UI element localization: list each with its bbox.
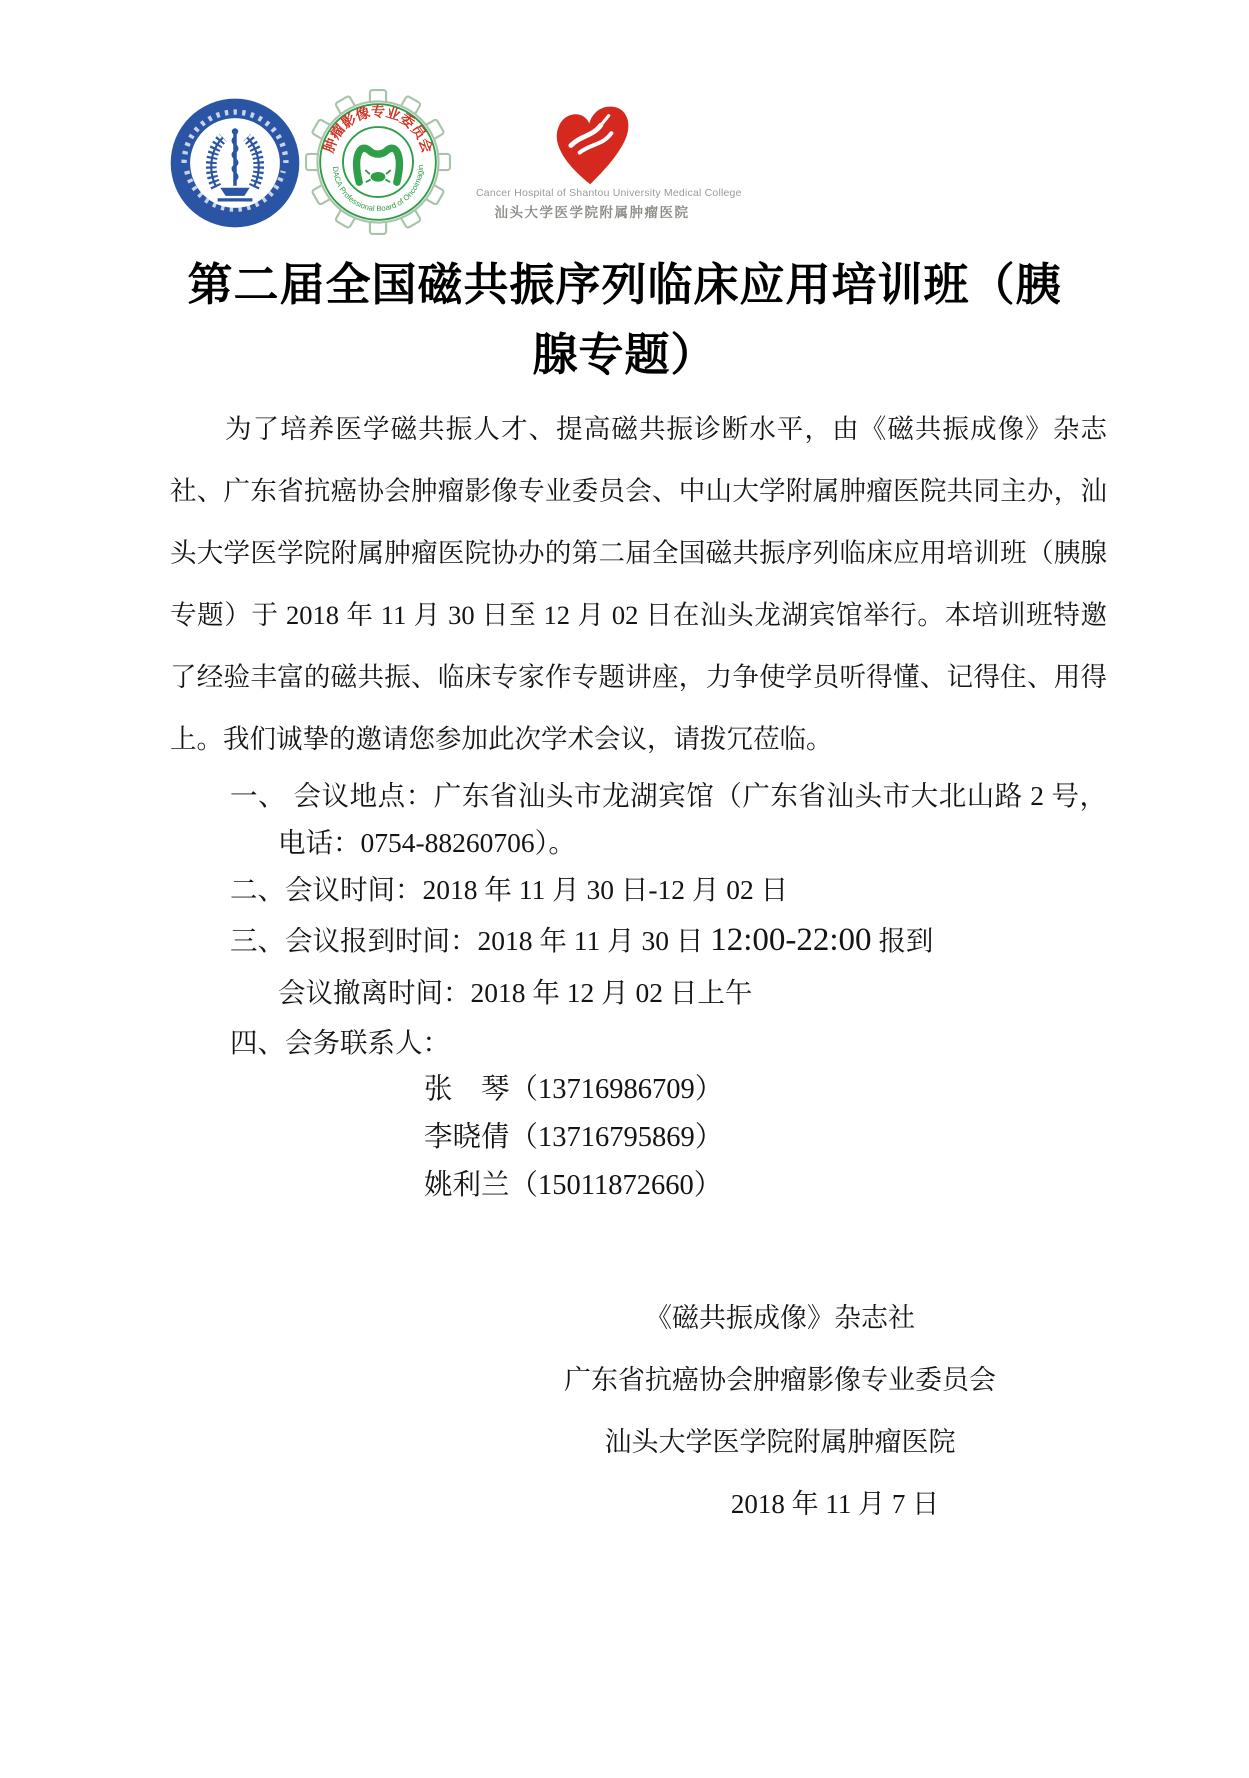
oncoimaging-committee-gear-icon: 肿瘤影像专业委员会 GDACA Professional Board of On… <box>304 88 452 236</box>
document-page: 肿瘤影像专业委员会 GDACA Professional Board of On… <box>0 0 1249 1778</box>
venue-item-line-1: 一、 会议地点：广东省汕头市龙湖宾馆（广东省汕头市大北山路 2 号， <box>230 772 1107 819</box>
title-line-2: 腺专题） <box>157 320 1092 390</box>
hospital-caption-zh: 汕头大学医学院附属肿瘤医院 <box>476 201 708 221</box>
contact-row: 张 琴（13716986709） <box>424 1066 723 1114</box>
checkin-time-item: 三、会议报到时间：2018 年 11 月 30 日 12:00-22:00 报到 <box>230 913 1107 968</box>
checkin-suffix: 报到 <box>872 925 934 956</box>
paragraph-line: 头大学医学院附属肿瘤医院协办的第二届全国磁共振序列临床应用培训班（胰腺 <box>170 522 1107 584</box>
paragraph-line: 社、广东省抗癌协会肿瘤影像专业委员会、中山大学附属肿瘤医院共同主办，汕 <box>170 460 1107 522</box>
paragraph-line: 为了培养医学磁共振人才、提高磁共振诊断水平，由《磁共振成像》杂志 <box>170 398 1107 460</box>
signature-org-committee: 广东省抗癌协会肿瘤影像专业委员会 <box>470 1349 1090 1411</box>
contact-row: 姚利兰（15011872660） <box>424 1162 723 1210</box>
checkout-time-line: 会议撤离时间：2018 年 12 月 02 日上午 <box>278 968 1107 1018</box>
meeting-time-item: 二、会议时间：2018 年 11 月 30 日-12 月 02 日 <box>230 866 1107 913</box>
heart-dove-icon <box>536 98 648 186</box>
paragraph-line: 了经验丰富的磁共振、临床专家作专题讲座，力争使学员听得懂、记得住、用得 <box>170 646 1107 708</box>
hospital-caption-en: Cancer Hospital of Shantou University Me… <box>476 187 708 199</box>
checkin-time-range: 12:00-22:00 <box>710 922 871 958</box>
signature-org-journal: 《磁共振成像》杂志社 <box>470 1287 1090 1349</box>
hospital-logo-block: Cancer Hospital of Shantou University Me… <box>476 98 708 221</box>
paragraph-line: 上。我们诚挚的邀请您参加此次学术会议，请拨冗莅临。 <box>170 708 1107 770</box>
signature-date: 2018 年 11 月 7 日 <box>525 1473 1145 1535</box>
contact-row: 李晓倩（13716795869） <box>424 1114 723 1162</box>
document-title: 第二届全国磁共振序列临床应用培训班（胰 腺专题） <box>157 250 1092 390</box>
signature-block: 《磁共振成像》杂志社 广东省抗癌协会肿瘤影像专业委员会 汕头大学医学院附属肿瘤医… <box>470 1287 1090 1535</box>
contact-section-heading: 四、会务联系人： <box>230 1018 1107 1068</box>
meeting-info-list: 一、 会议地点：广东省汕头市龙湖宾馆（广东省汕头市大北山路 2 号， 电话：07… <box>230 772 1107 1068</box>
checkin-prefix: 三、会议报到时间：2018 年 11 月 30 日 <box>230 925 710 956</box>
medical-association-seal-icon <box>168 96 302 230</box>
intro-paragraph: 为了培养医学磁共振人才、提高磁共振诊断水平，由《磁共振成像》杂志 社、广东省抗癌… <box>170 398 1107 770</box>
venue-item-phone-line: 电话：0754-88260706）。 <box>278 819 1107 866</box>
signature-org-hospital: 汕头大学医学院附属肿瘤医院 <box>470 1411 1090 1473</box>
contact-list: 张 琴（13716986709） 李晓倩（13716795869） 姚利兰（15… <box>424 1066 723 1210</box>
paragraph-line: 专题）于 2018 年 11 月 30 日至 12 月 02 日在汕头龙湖宾馆举… <box>170 584 1107 646</box>
title-line-1: 第二届全国磁共振序列临床应用培训班（胰 <box>157 250 1092 320</box>
header-logos: 肿瘤影像专业委员会 GDACA Professional Board of On… <box>168 88 708 236</box>
